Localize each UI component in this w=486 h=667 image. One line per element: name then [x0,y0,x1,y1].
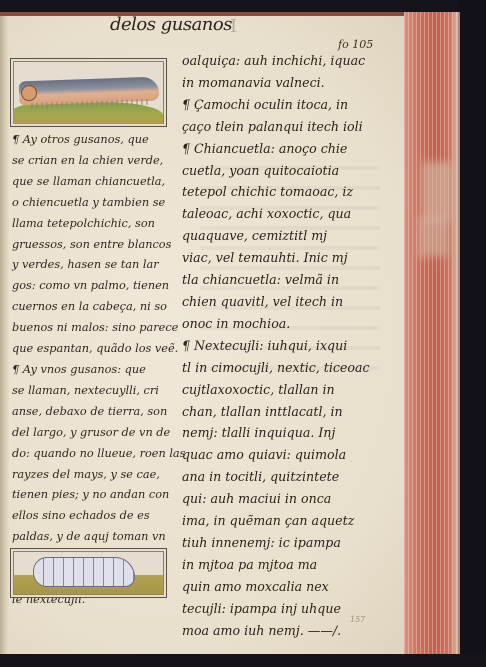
illustration-grub-worm [10,548,167,598]
catchword: 157 [350,615,365,624]
text-line: tetepol chichic tomaoac, iz [182,181,382,203]
text-line: cuernos en la cabeça, ni so [12,297,172,318]
text-line: taleoac, achi xoxoctic, qua [182,203,382,225]
text-line: cujtlaxoxoctic, tlallan in [182,379,382,401]
running-head-mark: I [230,16,237,37]
text-line: buenos ni malos: sino parece [12,318,172,339]
text-line: chien quavitl, vel itech in [182,291,382,313]
text-line: cuetla, yoan quitocaiotia [182,160,382,182]
text-line: ¶ Çamochi oculin itoca, in [182,94,382,116]
text-line: ¶ Nextecujli: iuhqui, ixqui [182,335,382,357]
text-line: gos: como vn palmo, tienen [12,276,172,297]
text-line: tl in cimocujli, nextic, ticeoac [182,357,382,379]
grub-figure [33,557,135,587]
text-line: ¶ Ay otros gusanos, que [12,130,172,151]
text-line: in mjtoa pa mjtoa ma [182,554,382,576]
text-line: anse, debaxo de tierra, son [12,402,172,423]
dark-background-bottom [0,653,486,667]
text-line: se crian en la chien verde, [12,151,172,172]
text-line: y verdes, hasen se tan lar [12,255,172,276]
running-head: delos gusanos [110,14,232,35]
text-line: ellos sino echados de es [12,506,172,527]
text-line: do: quando no llueue, roen las [12,444,172,465]
text-line: que se llaman chiancuetla, [12,172,172,193]
right-column-nahuatl: oalquiça: auh inchichi, iquac in momanav… [182,50,382,641]
text-line: qui: auh maciui in onca [182,488,382,510]
dark-background-right [458,0,486,667]
text-line: chan, tlallan inttlacatl, in [182,401,382,423]
text-line: ¶ Ay vnos gusanos: que [12,360,172,381]
illustration-centipede-worm [10,58,167,127]
worm-head [21,85,38,102]
text-line: tienen pies; y no andan con [12,485,172,506]
fore-edge-fade [418,217,448,257]
text-line: oalquiça: auh inchichi, iquac [182,50,382,72]
text-line: onoc in mochioa. [182,313,382,335]
text-line: o chiencuetla y tambien se [12,193,172,214]
text-line: paldas, y de aquj toman vn [12,527,172,548]
text-line: gruessos, son entre blancos [12,235,172,256]
text-line: in momanavia valneci. [182,72,382,94]
text-line: ana in tocitli, quitzintete [182,466,382,488]
text-line: tiuh innenemj: ic ipampa [182,532,382,554]
text-line: del largo, y grusor de vn de [12,423,172,444]
text-line: rayzes del mays, y se cae, [12,465,172,486]
text-line: tla chiancuetla: velmã in [182,269,382,291]
left-column-spanish: ¶ Ay otros gusanos, que se crian en la c… [12,130,172,611]
text-line: ¶ Chiancuetla: anoço chie [182,138,382,160]
text-line: çaço tlein palanqui itech ioli [182,116,382,138]
text-line: nemj: tlalli inquiqua. Inj [182,422,382,444]
page-gutter [0,12,9,654]
text-line: ima, in quẽman çan aquetz [182,510,382,532]
text-line: quac amo quiavi: quimola [182,444,382,466]
text-line: viac, vel temauhti. Inic mj [182,247,382,269]
text-line: llama tetepolchichic, son [12,214,172,235]
text-line: que espantan, quãdo los veẽ. [12,339,172,360]
text-line: se llaman, nextecuylli, cri [12,381,172,402]
text-line: quin amo moxcalia nex [182,576,382,598]
red-fore-edge [404,12,460,654]
fore-edge-fade [422,162,452,222]
worm-figure [19,77,160,106]
text-line: quaquave, cemiztitl mj [182,225,382,247]
